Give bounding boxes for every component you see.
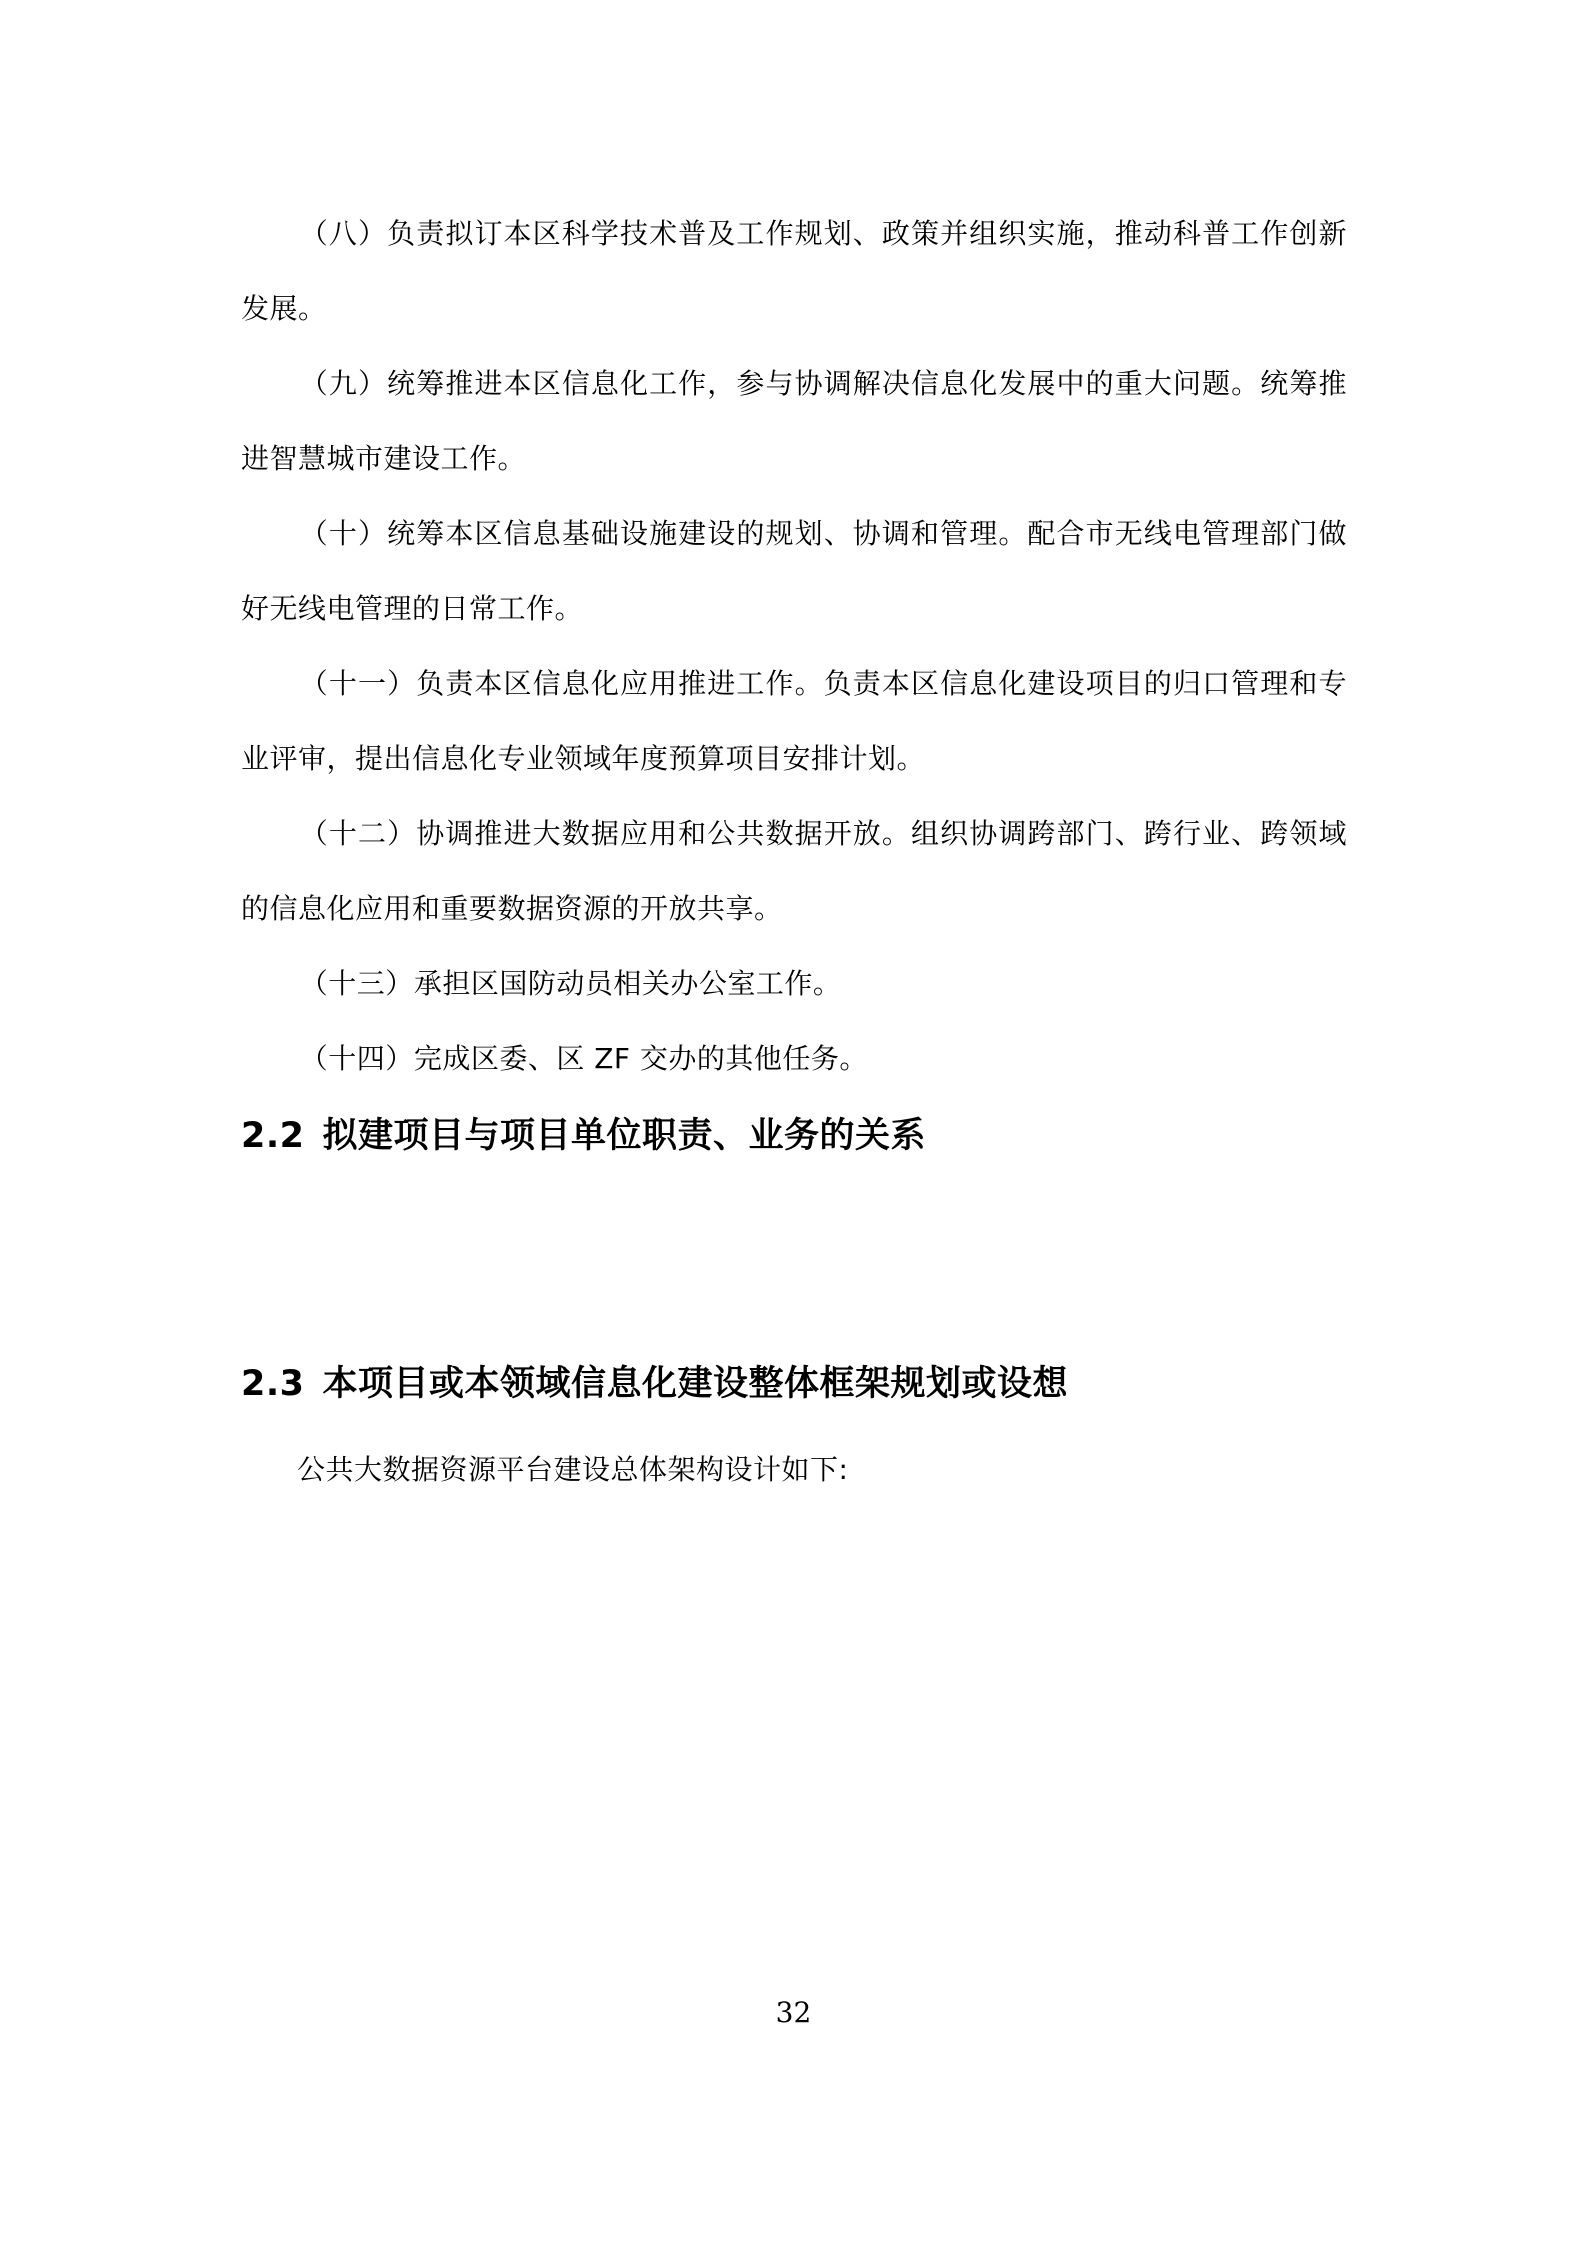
list-marker: （十四） xyxy=(300,1042,414,1075)
list-text: 负责拟订本区科学技术普及工作规划、政策并组织实施，推动科普工作创新发展。 xyxy=(241,217,1347,325)
section-title: 本项目或本领域信息化建设整体框架规划或设想 xyxy=(323,1364,1069,1404)
list-item-10: （十）统筹本区信息基础设施建设的规划、协调和管理。配合市无线电管理部门做好无线电… xyxy=(241,496,1347,646)
section-heading-2-2: 2.2拟建项目与项目单位职责、业务的关系 xyxy=(241,1108,926,1158)
list-text: 完成区委、区 ZF 交办的其他任务。 xyxy=(414,1042,868,1075)
section-number: 2.2 xyxy=(241,1116,305,1156)
list-marker: （十一） xyxy=(300,667,416,700)
section-heading-2-3: 2.3本项目或本领域信息化建设整体框架规划或设想 xyxy=(241,1356,1068,1406)
duties-list: （八）负责拟订本区科学技术普及工作规划、政策并组织实施，推动科普工作创新发展。 … xyxy=(241,196,1347,1096)
list-text: 统筹本区信息基础设施建设的规划、协调和管理。配合市无线电管理部门做好无线电管理的… xyxy=(241,517,1347,625)
list-marker: （十二） xyxy=(300,817,416,850)
section-title: 拟建项目与项目单位职责、业务的关系 xyxy=(323,1116,927,1156)
list-marker: （九） xyxy=(300,367,387,400)
list-marker: （八） xyxy=(300,217,387,250)
list-item-11: （十一）负责本区信息化应用推进工作。负责本区信息化建设项目的归口管理和专业评审，… xyxy=(241,646,1347,796)
list-text: 承担区国防动员相关办公室工作。 xyxy=(414,967,842,1000)
list-marker: （十三） xyxy=(300,967,414,1000)
intro-paragraph: 公共大数据资源平台建设总体架构设计如下: xyxy=(297,1448,848,1488)
page-number: 32 xyxy=(0,1996,1587,2029)
list-item-12: （十二）协调推进大数据应用和公共数据开放。组织协调跨部门、跨行业、跨领域的信息化… xyxy=(241,796,1347,946)
list-item-14: （十四）完成区委、区 ZF 交办的其他任务。 xyxy=(241,1021,1347,1096)
list-text: 统筹推进本区信息化工作，参与协调解决信息化发展中的重大问题。统筹推进智慧城市建设… xyxy=(241,367,1347,475)
list-item-8: （八）负责拟订本区科学技术普及工作规划、政策并组织实施，推动科普工作创新发展。 xyxy=(241,196,1347,346)
list-marker: （十） xyxy=(300,517,387,550)
section-number: 2.3 xyxy=(241,1364,305,1404)
list-item-13: （十三）承担区国防动员相关办公室工作。 xyxy=(241,946,1347,1021)
list-item-9: （九）统筹推进本区信息化工作，参与协调解决信息化发展中的重大问题。统筹推进智慧城… xyxy=(241,346,1347,496)
